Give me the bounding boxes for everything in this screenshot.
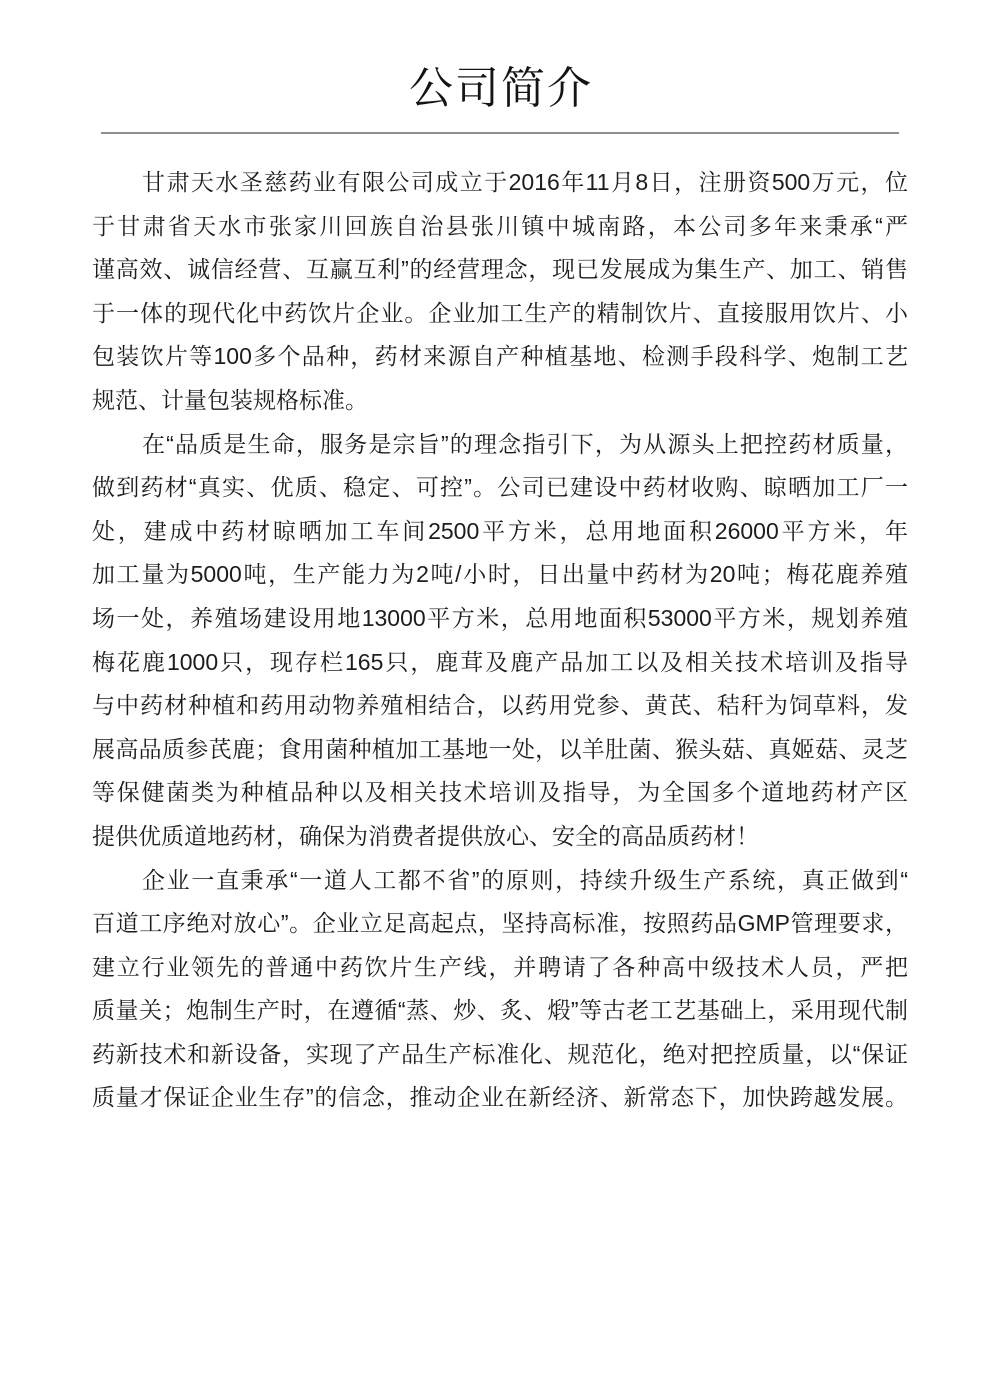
paragraph-3: 企业一直秉承“一道人工都不省”的原则，持续升级生产系统，真正做到“ 百道工序绝对… xyxy=(92,859,908,1121)
document-page: 公司简介 甘肃天水圣慈药业有限公司成立于2016年11月8日，注册资500万元，… xyxy=(0,0,1000,1391)
paragraph-1: 甘肃天水圣慈药业有限公司成立于2016年11月8日，注册资500万元，位 于甘肃… xyxy=(92,161,908,423)
text-line: 梅花鹿1000只，现存栏165只，鹿茸及鹿产品加工以及相关技术培训及指导 xyxy=(92,641,908,685)
text-line: 百道工序绝对放心”。企业立足高起点，坚持高标准，按照药品GMP管理要求， xyxy=(92,902,908,946)
title-divider xyxy=(101,132,899,134)
page-title: 公司简介 xyxy=(0,0,1000,114)
text-line: 于甘肃省天水市张家川回族自治县张川镇中城南路，本公司多年来秉承“严 xyxy=(92,205,908,249)
text-line: 场一处，养殖场建设用地13000平方米，总用地面积53000平方米，规划养殖 xyxy=(92,597,908,641)
text-line: 做到药材“真实、优质、稳定、可控”。公司已建设中药材收购、晾晒加工厂一 xyxy=(92,466,908,510)
text-line: 甘肃天水圣慈药业有限公司成立于2016年11月8日，注册资500万元，位 xyxy=(92,161,908,205)
text-line: 规范、计量包装规格标准。 xyxy=(92,379,908,423)
text-line: 质量关；炮制生产时，在遵循“蒸、炒、炙、煅”等古老工艺基础上，采用现代制 xyxy=(92,989,908,1033)
text-line: 展高品质参芪鹿；食用菌种植加工基地一处，以羊肚菌、猴头菇、真姬菇、灵芝 xyxy=(92,728,908,772)
text-line: 与中药材种植和药用动物养殖相结合，以药用党参、黄芪、秸秆为饲草料，发 xyxy=(92,684,908,728)
text-line: 于一体的现代化中药饮片企业。企业加工生产的精制饮片、直接服用饮片、小 xyxy=(92,292,908,336)
text-line: 加工量为5000吨，生产能力为2吨/小时，日出量中药材为20吨；梅花鹿养殖 xyxy=(92,553,908,597)
text-line: 谨高效、诚信经营、互赢互利”的经营理念，现已发展成为集生产、加工、销售 xyxy=(92,248,908,292)
text-line: 企业一直秉承“一道人工都不省”的原则，持续升级生产系统，真正做到“ xyxy=(92,859,908,903)
company-intro-text: 甘肃天水圣慈药业有限公司成立于2016年11月8日，注册资500万元，位 于甘肃… xyxy=(92,161,908,1120)
text-line: 在“品质是生命，服务是宗旨”的理念指引下，为从源头上把控药材质量， xyxy=(92,423,908,467)
text-line: 等保健菌类为种植品种以及相关技术培训及指导，为全国多个道地药材产区 xyxy=(92,771,908,815)
text-line: 建立行业领先的普通中药饮片生产线，并聘请了各种高中级技术人员，严把 xyxy=(92,946,908,990)
text-line: 质量才保证企业生存”的信念，推动企业在新经济、新常态下，加快跨越发展。 xyxy=(92,1076,908,1120)
text-line: 包装饮片等100多个品种，药材来源自产种植基地、检测手段科学、炮制工艺 xyxy=(92,335,908,379)
paragraph-2: 在“品质是生命，服务是宗旨”的理念指引下，为从源头上把控药材质量， 做到药材“真… xyxy=(92,423,908,859)
text-line: 处，建成中药材晾晒加工车间2500平方米，总用地面积26000平方米，年 xyxy=(92,510,908,554)
text-line: 提供优质道地药材，确保为消费者提供放心、安全的高品质药材！ xyxy=(92,815,908,859)
text-line: 药新技术和新设备，实现了产品生产标准化、规范化，绝对把控质量，以“保证 xyxy=(92,1033,908,1077)
